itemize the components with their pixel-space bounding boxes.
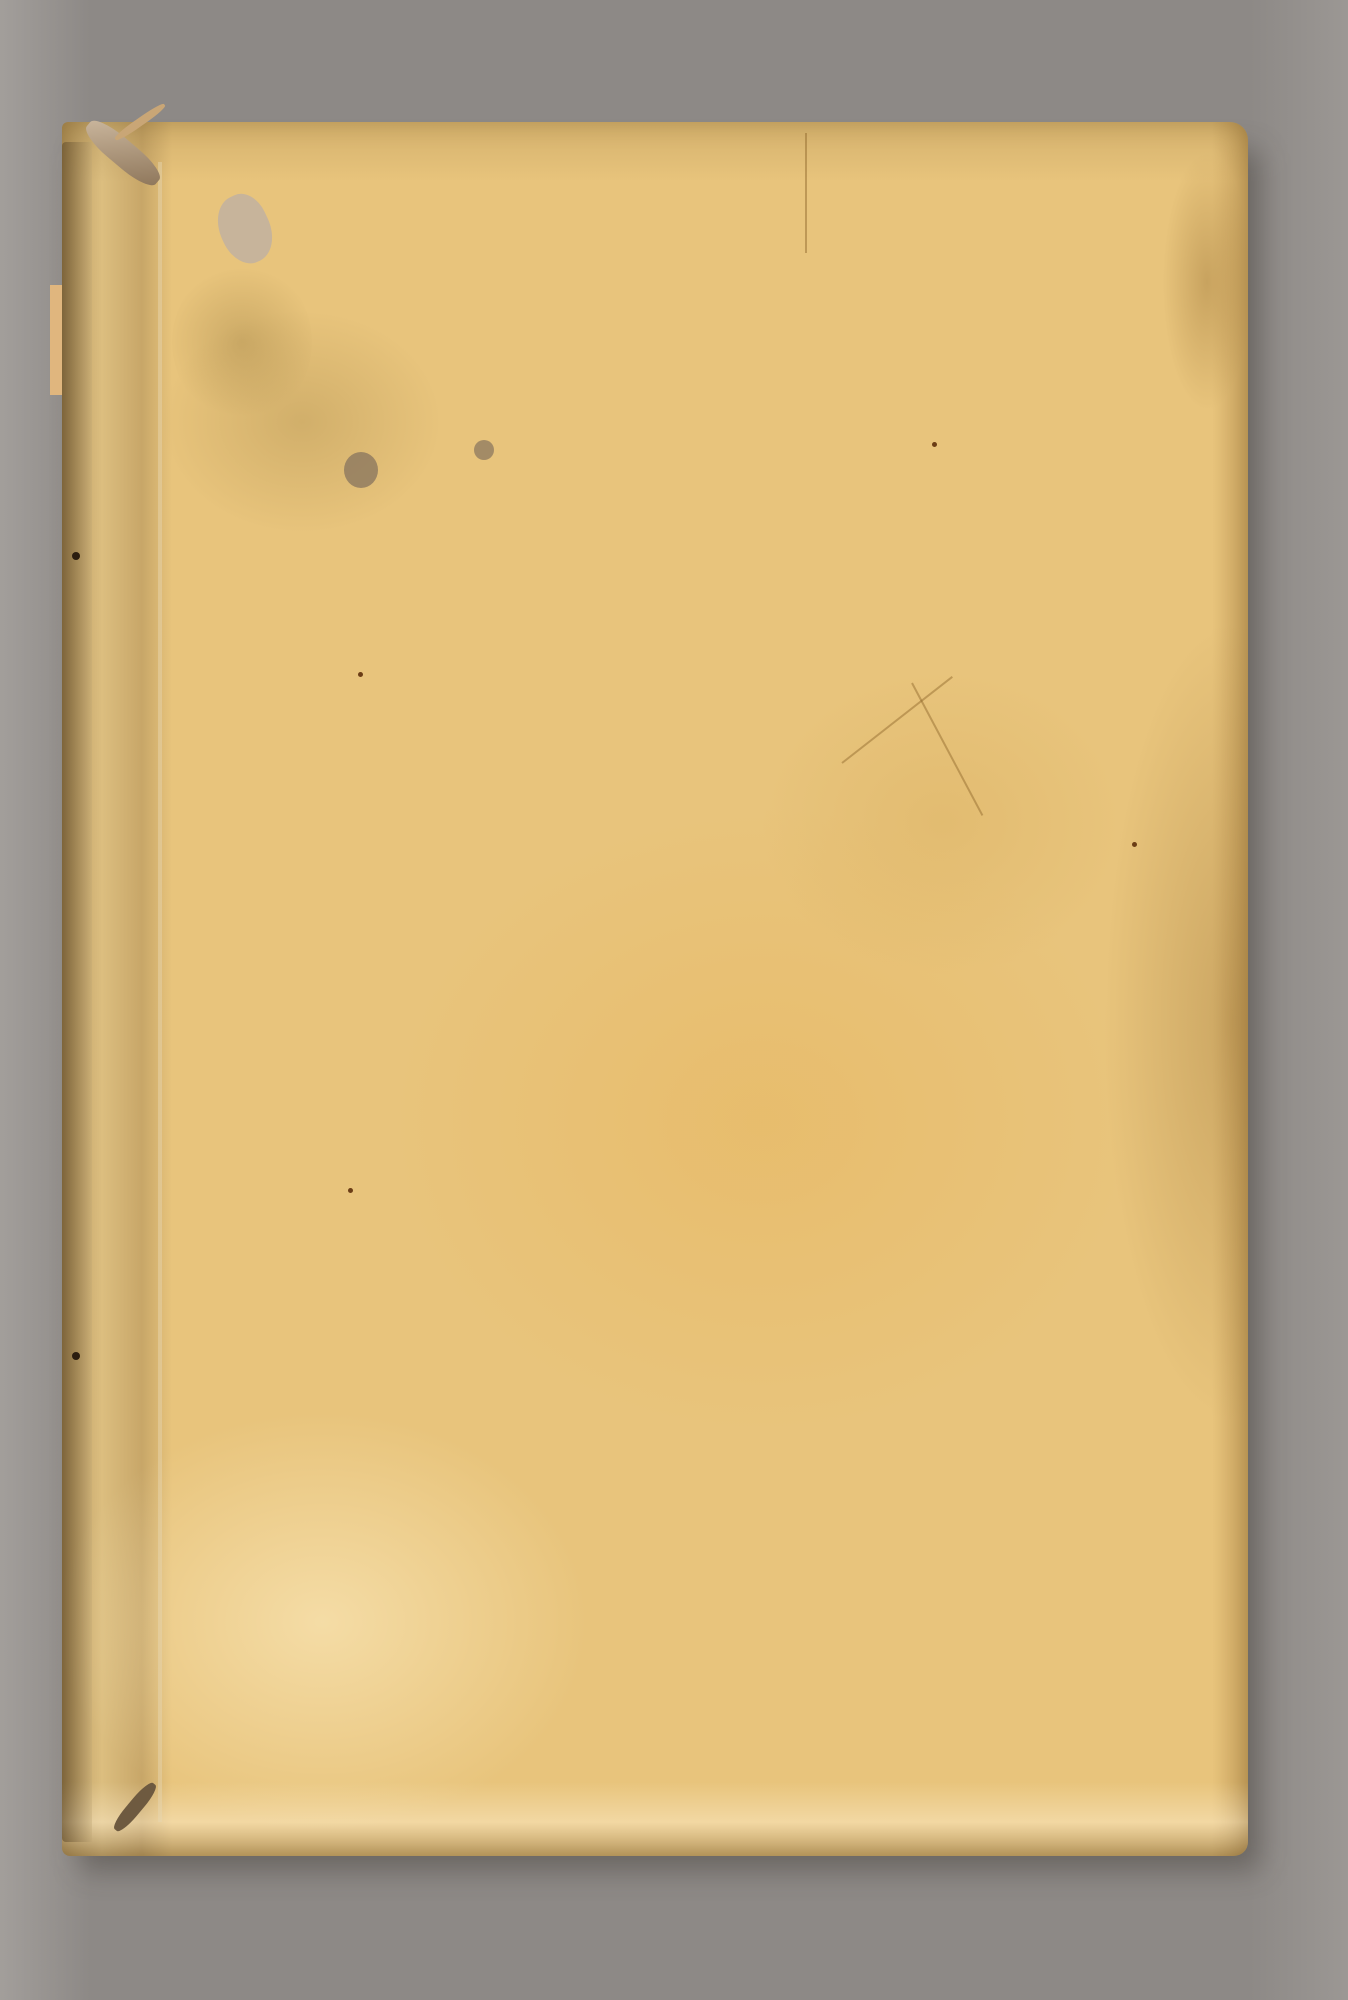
spot-stain: [344, 452, 378, 488]
crease-mark-vertical: [805, 133, 807, 253]
sewing-hole: [72, 552, 80, 560]
speck: [348, 1188, 353, 1193]
vellum-book-cover: [62, 122, 1248, 1856]
spine-joint: [158, 162, 162, 1822]
speck: [1132, 842, 1137, 847]
spot-stain-small: [474, 440, 494, 460]
crease-mark: [841, 676, 953, 764]
photo-scene: [0, 0, 1348, 2000]
spine-edge: [62, 142, 92, 1842]
worn-patch: [208, 187, 283, 272]
speck: [932, 442, 937, 447]
discoloration-right-edge: [1162, 152, 1252, 412]
speck: [358, 672, 363, 677]
sewing-hole: [72, 1352, 80, 1360]
crease-mark: [911, 683, 983, 816]
water-stain-top-left: [172, 262, 312, 422]
